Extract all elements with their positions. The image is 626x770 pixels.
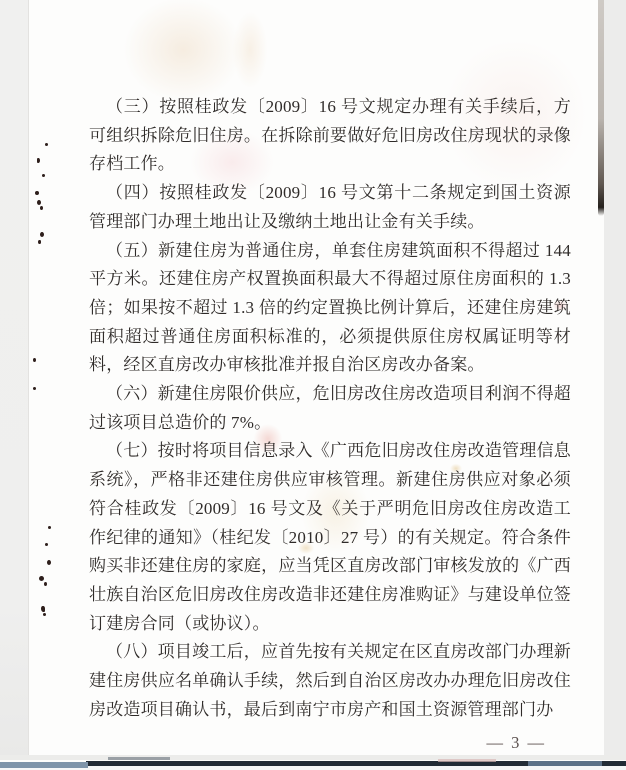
paragraph-clause-6: （六）新建住房限价供应，危旧房改住房改造项目利润不得超过该项目总造价的 7%。 — [89, 380, 571, 437]
paragraph-clause-8: （八）项目竣工后，应首先按有关规定在区直房改部门办理新建住房供应名单确认手续，然… — [89, 638, 571, 724]
page-number: — 3 — — [0, 733, 546, 753]
scan-bottom-slate — [528, 761, 602, 766]
paper-stain — [225, 0, 275, 105]
paragraph-clause-7: （七）按时将项目信息录入《广西危旧房改住房改造管理信息系统》，严格非还建住房供应… — [89, 437, 571, 638]
scan-bed-gap — [0, 766, 626, 770]
document-body: （三）按照桂政发〔2009〕16 号文规定办理有关手续后，方可组织拆除危旧住房。… — [89, 93, 571, 724]
paragraph-clause-3: （三）按照桂政发〔2009〕16 号文规定办理有关手续后，方可组织拆除危旧住房。… — [89, 93, 571, 179]
scan-edge-left — [0, 0, 29, 758]
page-bottom-edge — [0, 755, 626, 760]
scan-bottom-band-blue — [0, 762, 88, 768]
scan-bottom-tint — [438, 759, 496, 762]
scanned-document-page: （三）按照桂政发〔2009〕16 号文规定办理有关手续后，方可组织拆除危旧住房。… — [0, 0, 626, 770]
paragraph-clause-5: （五）新建住房为普通住房，单套住房建筑面积不得超过 144 平方米。还建住房产权… — [89, 237, 571, 381]
paragraph-clause-4: （四）按照桂政发〔2009〕16 号文第十二条规定到国土资源管理部门办理土地出让… — [89, 179, 571, 236]
scan-shadow-line — [598, 0, 604, 216]
scan-bottom-dash — [108, 757, 170, 760]
scan-edge-right — [604, 0, 626, 756]
